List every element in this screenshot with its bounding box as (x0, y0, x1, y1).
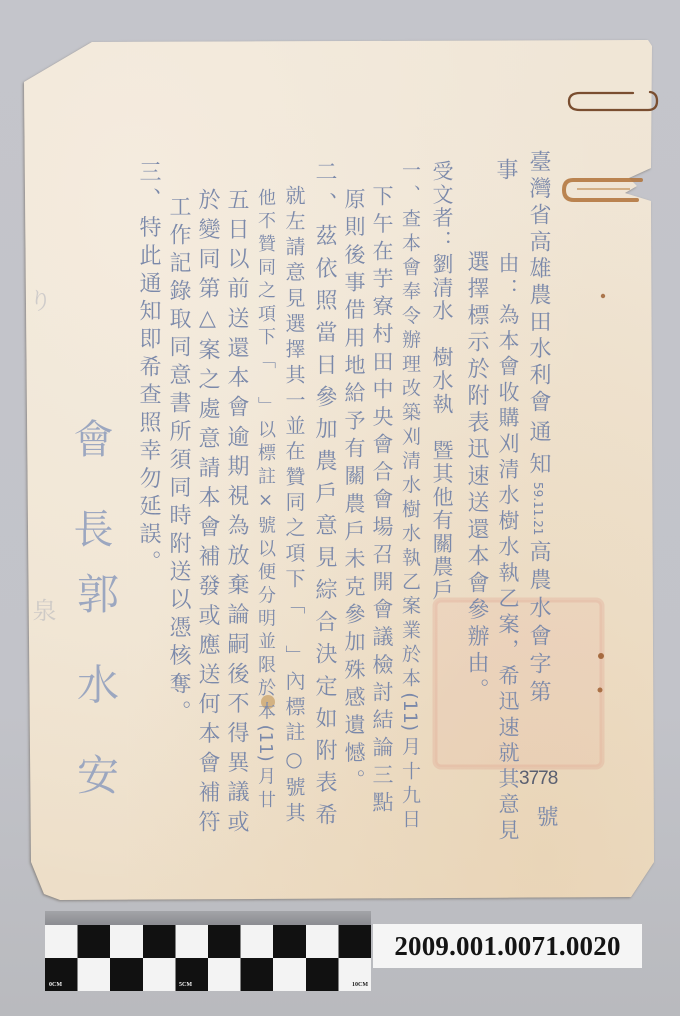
subject-line-2: 選擇標示於附表迅速送還本會參辦由。 (462, 250, 490, 700)
header-ref-number: 3778 (519, 768, 557, 790)
scale-row-top (45, 925, 371, 958)
accession-number: 2009.001.0071.0020 (394, 931, 620, 962)
scale-label-0cm: 0CM (49, 982, 62, 988)
body-column: 二、茲依照當日參加農戶意見綜合決定如附表希 (310, 160, 338, 825)
header-ref-prefix: 高農水會字第 (524, 540, 552, 702)
bleed-through-mark: り (22, 288, 52, 318)
signature-name: 郭水安 (71, 572, 119, 795)
scale-label-5cm: 5CM (179, 982, 192, 988)
body-column: 下午在芋寮村田中央會合會場召開會議檢討結論三點 (368, 185, 396, 812)
header-doc-type: 通知 (524, 420, 552, 474)
body-column: 於變同第△案之處意請本會補發或應送何本會補符 (193, 188, 221, 832)
header-organization: 臺灣省高雄農田水利會 (524, 150, 552, 412)
body-column: 就左請意見選擇其一並在贊同之項下「 」內標註○號其 (280, 185, 308, 822)
scale-row-bottom (45, 958, 371, 991)
body-column: 三、特此通知即希查照幸勿延誤。 (134, 160, 162, 572)
body-column: 五日以前送還本會逾期視為放棄論嗣後不得異議或 (222, 188, 250, 832)
scale-label-10cm: 10CM (352, 982, 368, 988)
body-column: 工作記錄取同意書所須同時附送以憑核奪。 (164, 195, 192, 722)
header-ref-suffix: 號 (531, 805, 559, 833)
body-column: 一、查本會奉令辦理改築刈清水樹水執乙案業於本(11)月十九日 (396, 160, 424, 828)
body-column: 原則後事借用地給予有關農戶未克參加殊感遺憾。 (340, 188, 368, 790)
signature-title: 會長 (66, 418, 114, 548)
body-column: 他不贊同之項下「 」以標註×號以便分明並限於本(11)月廿 (251, 188, 279, 808)
recipient: 受文者：劉清水 樹水執 暨其他有關農戶 (428, 160, 456, 600)
scale-bar-edge (45, 911, 371, 925)
accession-label: 2009.001.0071.0020 (373, 924, 642, 968)
bleed-through-mark: 泉 (26, 598, 56, 628)
subject-label: 事 (491, 158, 519, 188)
header-date: 59.11.21 (530, 482, 546, 536)
scale-bar: 0CM 5CM 10CM (45, 911, 371, 992)
subject-line-1: 由：為本會收購刈清水樹水執乙案，希迅速就其意見 (494, 252, 522, 840)
